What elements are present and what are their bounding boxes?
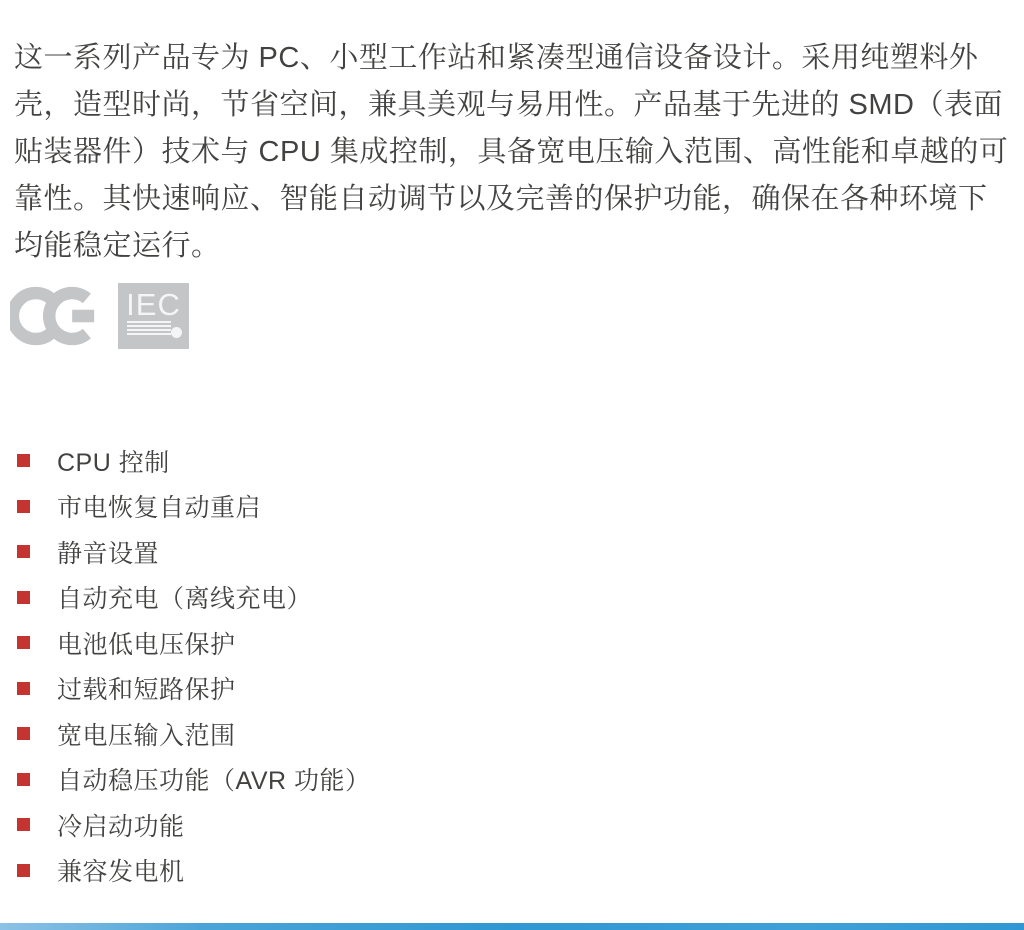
feature-label: 自动稳压功能（AVR 功能） (57, 761, 371, 797)
feature-list: CPU 控制 市电恢复自动重启 静音设置 自动充电（离线充电） 电池低电压保护 … (17, 438, 371, 893)
bullet-square-icon (17, 818, 30, 831)
iec-logo-lines (127, 321, 171, 337)
list-item: 过载和短路保护 (17, 666, 371, 712)
list-item: 宽电压输入范围 (17, 711, 371, 757)
ce-mark-icon (10, 283, 98, 349)
feature-label: 静音设置 (57, 534, 159, 570)
list-item: 自动充电（离线充电） (17, 575, 371, 621)
iec-logo-dot (171, 327, 182, 338)
bullet-square-icon (17, 591, 30, 604)
feature-label: 市电恢复自动重启 (57, 488, 261, 524)
feature-label: 兼容发电机 (57, 852, 185, 888)
bullet-square-icon (17, 727, 30, 740)
product-description: 这一系列产品专为 PC、小型工作站和紧凑型通信设备设计。采用纯塑料外壳，造型时尚… (14, 35, 1014, 270)
list-item: 冷启动功能 (17, 802, 371, 848)
bullet-square-icon (17, 864, 30, 877)
list-item: 自动稳压功能（AVR 功能） (17, 757, 371, 803)
feature-label: 电池低电压保护 (57, 625, 236, 661)
iec-logo-label: IEC (118, 289, 189, 320)
bullet-square-icon (17, 500, 30, 513)
list-item: 静音设置 (17, 529, 371, 575)
list-item: 电池低电压保护 (17, 620, 371, 666)
feature-label: 冷启动功能 (57, 807, 185, 843)
bullet-square-icon (17, 682, 30, 695)
bullet-square-icon (17, 636, 30, 649)
footer-accent-bar (0, 923, 1024, 930)
certification-logos: IEC (10, 283, 189, 349)
feature-label: 过载和短路保护 (57, 670, 236, 706)
bullet-square-icon (17, 773, 30, 786)
bullet-square-icon (17, 545, 30, 558)
feature-label: 宽电压输入范围 (57, 716, 236, 752)
list-item: 市电恢复自动重启 (17, 484, 371, 530)
feature-label: CPU 控制 (57, 443, 170, 479)
bullet-square-icon (17, 454, 30, 467)
feature-label: 自动充电（离线充电） (57, 579, 312, 615)
iec-logo-icon: IEC (118, 283, 189, 349)
list-item: CPU 控制 (17, 438, 371, 484)
list-item: 兼容发电机 (17, 848, 371, 894)
